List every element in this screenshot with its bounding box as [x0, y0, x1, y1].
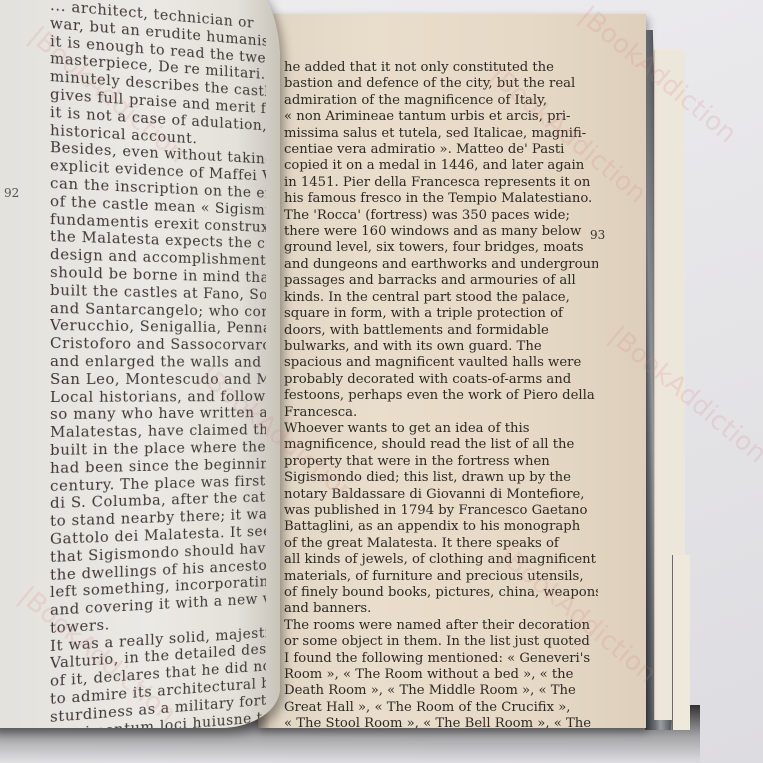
text-line: property that were in the fortress when [284, 454, 598, 470]
text-line: Verucchio, Senigallia, Pennabilli, Mon- [50, 317, 266, 337]
text-line: square in form, with a triple protection… [284, 306, 598, 322]
text-line: he added that it not only constituted th… [284, 60, 598, 76]
text-line: festoons, perhaps even the work of Piero… [284, 388, 598, 404]
text-line: Sigismondo died; this list, drawn up by … [284, 470, 598, 486]
text-line: and dungeons and earthworks and undergro… [284, 257, 598, 273]
text-line: Cristoforo and Sassocorvaro; and who re- [50, 335, 266, 354]
endpaper-edge [672, 555, 690, 730]
text-line: of the great Malatesta. It there speaks … [284, 536, 598, 552]
text-line: copied it on a medal in 1446, and later … [284, 158, 598, 174]
text-line: Whoever wants to get an idea of this [284, 421, 598, 437]
page-number-right: 93 [590, 228, 605, 242]
text-line: his famous fresco in the Tempio Malatest… [284, 191, 598, 207]
text-line: « The Stool Room », « The Bell Room », «… [284, 716, 598, 728]
text-line: missima salus et tutela, sed Italicae, m… [284, 126, 598, 142]
text-line: Great Hall », « The Room of the Crucifix… [284, 700, 598, 716]
text-line: was published in 1794 by Francesco Gaeta… [284, 503, 598, 519]
text-line: of finely bound books, pictures, china, … [284, 585, 598, 601]
text-line: materials, of furniture and precious ute… [284, 569, 598, 585]
text-line: Death Room », « The Middle Room », « The [284, 683, 598, 699]
text-line: and banners. [284, 601, 598, 617]
text-line: admiration of the magnificence of Italy, [284, 93, 598, 109]
text-line: San Leo, Montescudo and Montefio- [50, 371, 266, 389]
text-line: passages and barracks and armouries of a… [284, 273, 598, 289]
page-number-left: 92 [4, 186, 19, 200]
text-line: The 'Rocca' (fortress) was 350 paces wid… [284, 208, 598, 224]
right-page: he added that it not only constituted th… [258, 14, 646, 728]
text-line: Francesca. [284, 405, 598, 421]
text-line: magnificence, should read the list of al… [284, 437, 598, 453]
text-line: I found the following mentioned: « Genev… [284, 651, 598, 667]
text-line: there were 160 windows and as many below [284, 224, 598, 240]
text-line: kinds. In the central part stood the pal… [284, 290, 598, 306]
text-line: bastion and defence of the city, but the… [284, 76, 598, 92]
text-line: probably decorated with coats-of-arms an… [284, 372, 598, 388]
text-line: Battaglini, as an appendix to his monogr… [284, 519, 598, 535]
left-page-text: ... architect, technician orwar, but an … [50, 0, 266, 728]
text-line: ground level, six towers, four bridges, … [284, 240, 598, 256]
text-line: The rooms were named after their decorat… [284, 618, 598, 634]
text-line: or some object in them. In the list just… [284, 634, 598, 650]
text-line: in 1451. Pier della Francesca represents… [284, 175, 598, 191]
text-line: and enlarged the walls and towers at Ce- [50, 353, 266, 371]
text-line: « non Arimineae tantum urbis et arcis, p… [284, 109, 598, 125]
text-line: centiae vera admiratio ». Matteo de' Pas… [284, 142, 598, 158]
right-page-text: he added that it not only constituted th… [284, 60, 598, 728]
text-line: all kinds of jewels, of clothing and mag… [284, 552, 598, 568]
text-line: doors, with battlements and formidable [284, 323, 598, 339]
text-line: spacious and magnificent vaulted halls w… [284, 355, 598, 371]
text-line: Room », « The Room without a bed », « th… [284, 667, 598, 683]
left-page: ... architect, technician orwar, but an … [0, 0, 280, 728]
text-line: notary Baldassare di Giovanni di Montefi… [284, 487, 598, 503]
text-line: Local historians, and following the [50, 388, 266, 406]
text-line: bulwarks, and with its own guard. The [284, 339, 598, 355]
